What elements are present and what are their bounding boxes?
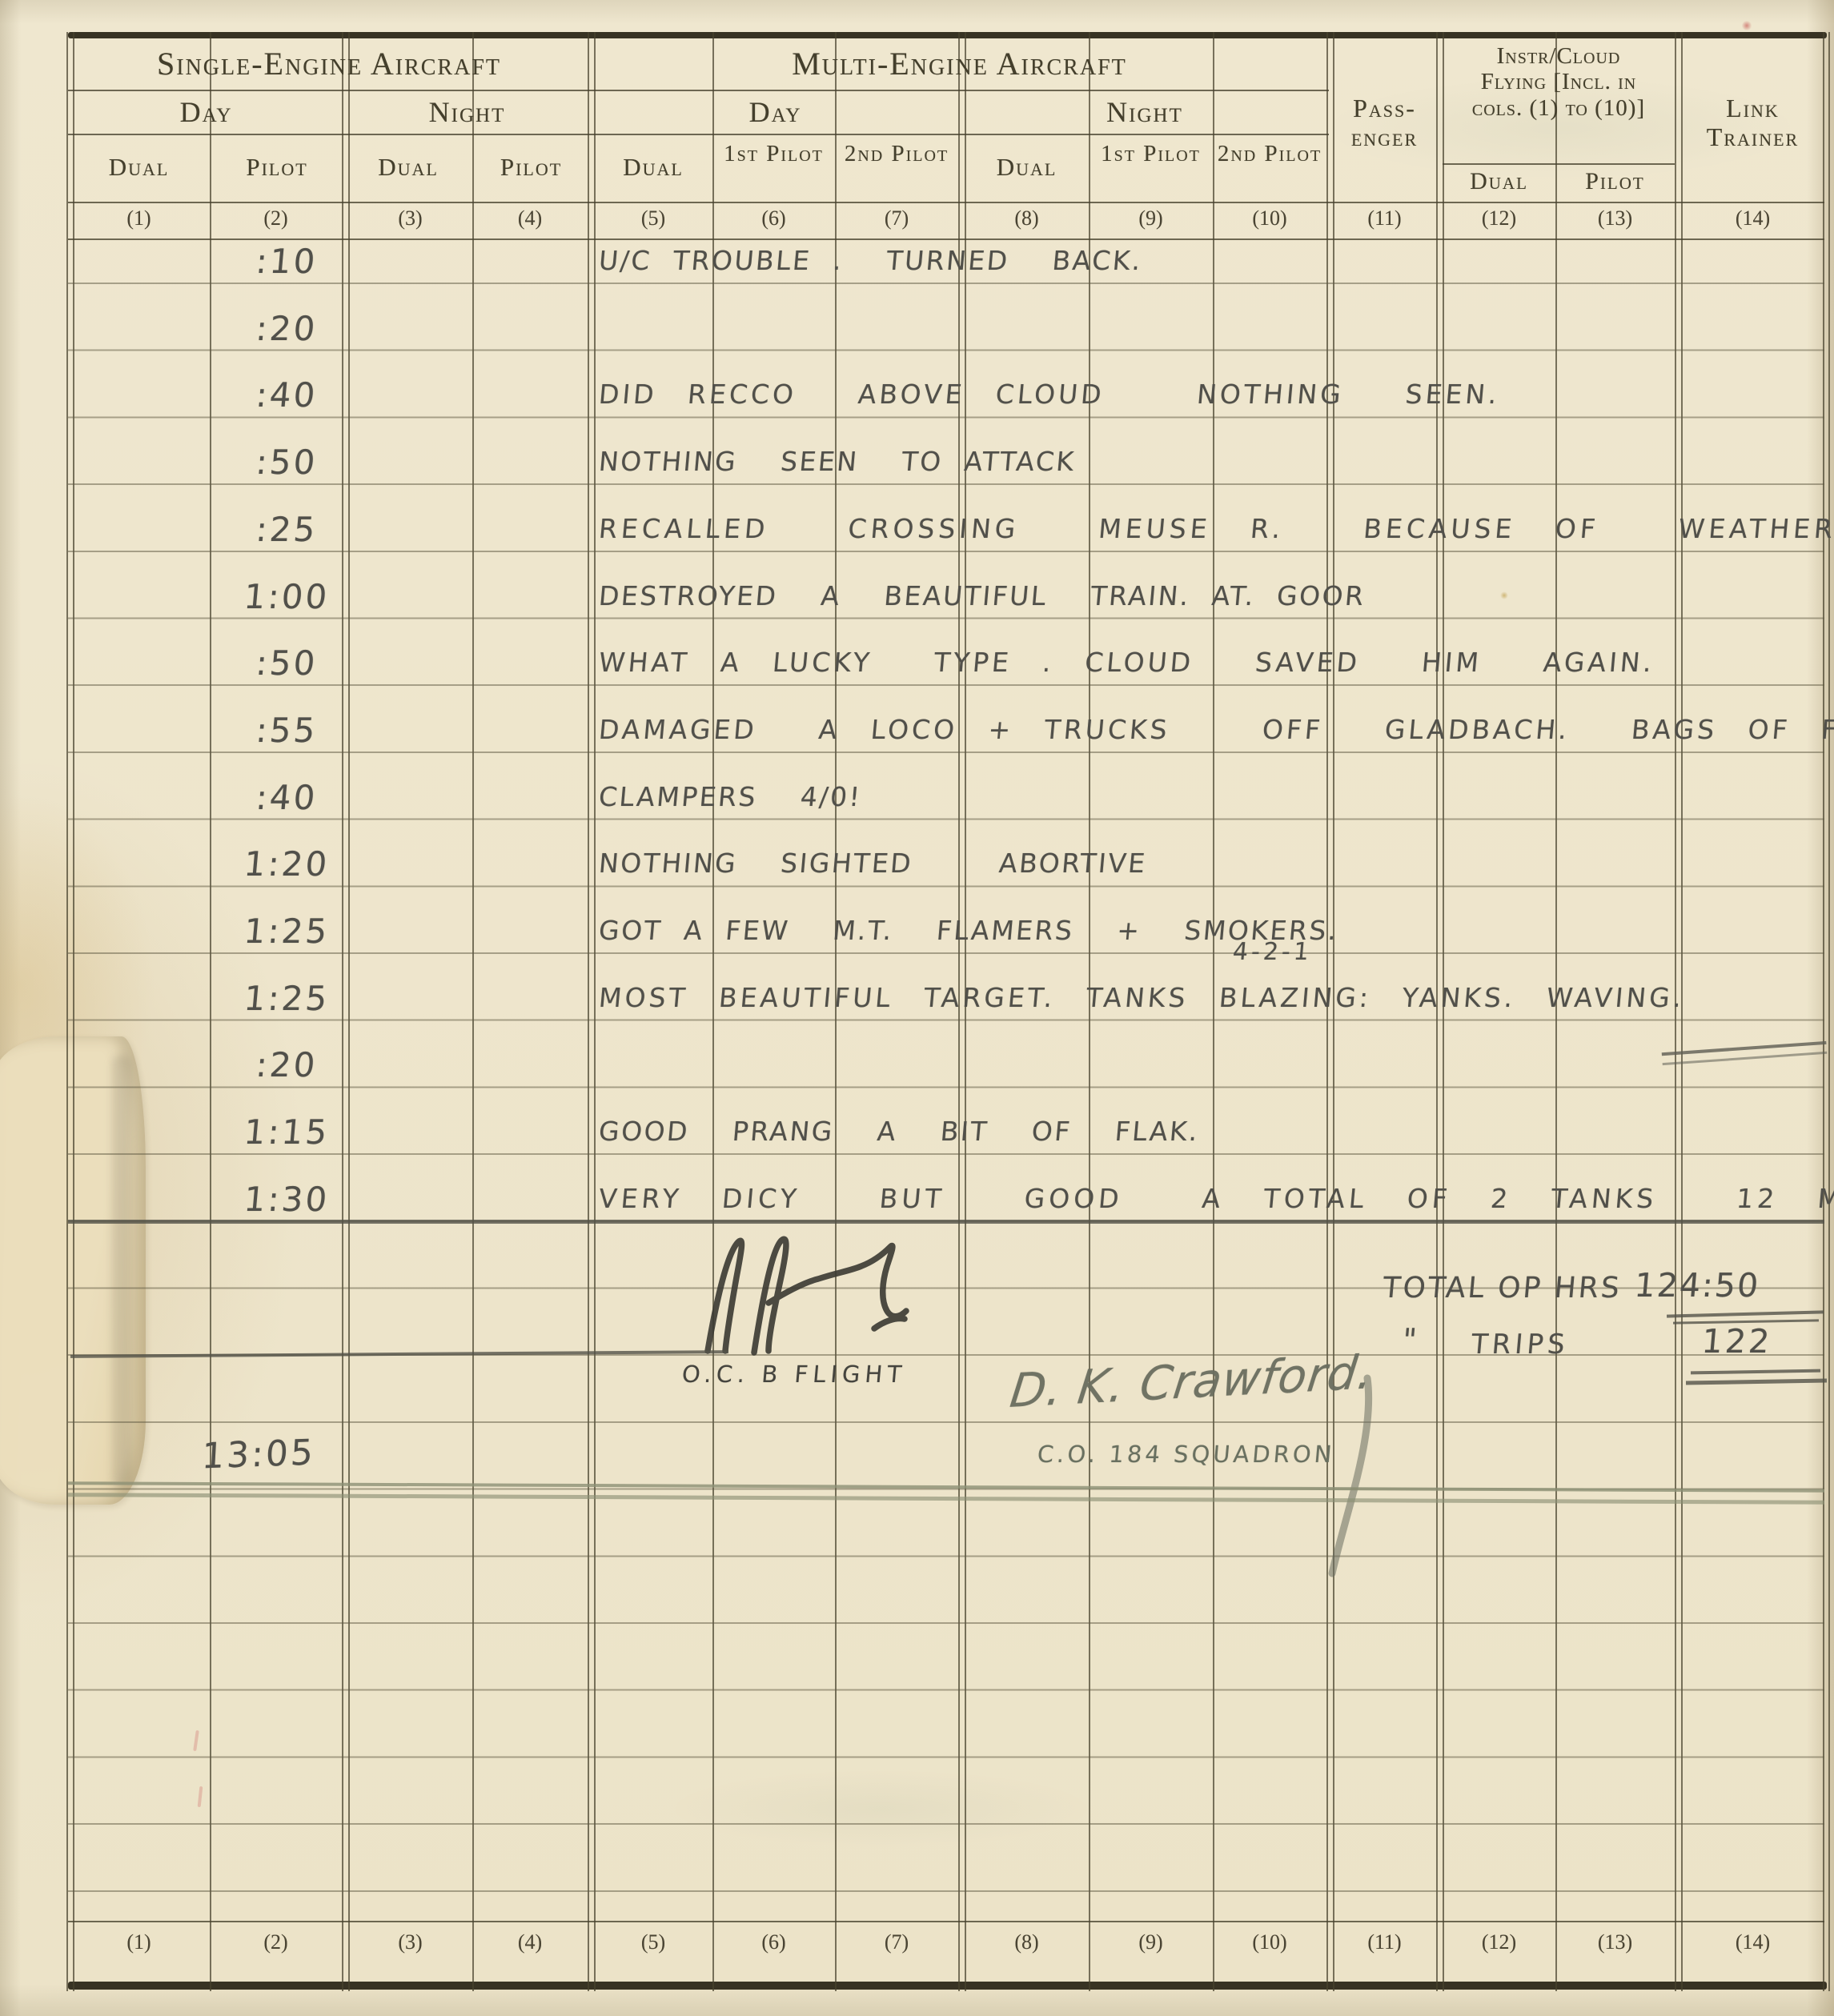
logbook-page: Single-Engine Aircraft Multi-Engine Airc… bbox=[0, 0, 1834, 2016]
flight-commander-label: O.C. B FLIGHT bbox=[681, 1361, 908, 1388]
footer-rule bbox=[68, 1921, 1824, 1922]
link-line2: Trainer bbox=[1707, 122, 1799, 151]
footer-col-number-12: (12) bbox=[1443, 1930, 1555, 1954]
subheader-night-multi: Night bbox=[961, 96, 1329, 128]
footer-col-number-8: (8) bbox=[965, 1930, 1089, 1954]
header-col-number-11: (11) bbox=[1333, 206, 1436, 230]
entry-pilot-time: 1:25 bbox=[213, 911, 361, 952]
passenger-line1: Pass- bbox=[1353, 94, 1416, 122]
link-line1: Link bbox=[1726, 94, 1780, 122]
header-rule-instr bbox=[1443, 163, 1675, 165]
instr-line3: cols. (1) to (10)] bbox=[1472, 95, 1645, 121]
entry-remark: RECALLED CROSSING MEUSE R. BECAUSE OF WE… bbox=[597, 509, 1834, 551]
entry-remark: WHAT A LUCKY TYPE . CLOUD SAVED HIM AGAI… bbox=[597, 643, 1656, 684]
header-rule-below-numbers bbox=[68, 238, 1824, 240]
header-col-number-6: (6) bbox=[712, 206, 835, 230]
entry-pilot-time: :40 bbox=[213, 375, 361, 416]
header-rule-groups bbox=[68, 90, 1329, 91]
colhead-2nd-pilot-7: 2nd Pilot bbox=[835, 141, 958, 166]
subheader-day-single: Day bbox=[68, 96, 344, 128]
header-col-number-3: (3) bbox=[348, 206, 472, 230]
entry-pilot-time: :25 bbox=[213, 509, 361, 551]
colhead-pilot-4: Pilot bbox=[472, 154, 590, 182]
header-col-number-12: (12) bbox=[1443, 206, 1555, 230]
colhead-dual-8: Dual bbox=[965, 154, 1089, 182]
entry-pilot-time: :55 bbox=[213, 710, 361, 751]
passenger-line2: enger bbox=[1351, 122, 1418, 151]
footer-col-number-3: (3) bbox=[348, 1930, 472, 1954]
trips-label: TRIPS bbox=[1470, 1329, 1570, 1361]
entry-pilot-time: :20 bbox=[213, 1044, 361, 1086]
header-col-number-8: (8) bbox=[965, 206, 1089, 230]
colhead-instr-cloud: Instr/CloudFlying [Incl. incols. (1) to … bbox=[1443, 43, 1675, 121]
colhead-passenger: Pass-enger bbox=[1333, 94, 1436, 152]
entry-remark: VERY DICY BUT GOOD A TOTAL OF 2 TANKS 12… bbox=[597, 1179, 1834, 1220]
footer-col-number-5: (5) bbox=[594, 1930, 712, 1954]
header-col-number-14: (14) bbox=[1681, 206, 1824, 230]
footer-col-number-2: (2) bbox=[210, 1930, 342, 1954]
entry-pilot-time: 1:00 bbox=[213, 576, 361, 618]
entry-remark: CLAMPERS 4/0! bbox=[597, 777, 864, 819]
subheader-night-single: Night bbox=[344, 96, 590, 128]
colhead-dual-3: Dual bbox=[344, 154, 472, 182]
header-col-number-7: (7) bbox=[835, 206, 958, 230]
footer-col-number-4: (4) bbox=[472, 1930, 588, 1954]
column-rule-right-inner bbox=[1828, 32, 1830, 1991]
header-col-number-4: (4) bbox=[472, 206, 588, 230]
entry-remark: DESTROYED A BEAUTIFUL TRAIN. AT. GOOR bbox=[597, 576, 1367, 618]
entry-pilot-time: :20 bbox=[213, 308, 361, 350]
entry-pilot-time: :40 bbox=[213, 777, 361, 819]
entry-pilot-time: 1:15 bbox=[213, 1112, 361, 1153]
entry-pilot-time: :50 bbox=[213, 442, 361, 483]
entry-pilot-time: 1:30 bbox=[213, 1179, 361, 1220]
group-title-single-engine: Single-Engine Aircraft bbox=[68, 46, 590, 82]
colhead-dual-5: Dual bbox=[594, 154, 712, 182]
co-squadron-label: C.O. 184 SQUADRON bbox=[1037, 1441, 1336, 1468]
group-title-multi-engine: Multi-Engine Aircraft bbox=[590, 46, 1329, 82]
colhead-link-trainer: LinkTrainer bbox=[1681, 94, 1824, 152]
header-col-number-2: (2) bbox=[210, 206, 342, 230]
entry-pilot-time: :50 bbox=[213, 643, 361, 684]
header-col-number-1: (1) bbox=[68, 206, 210, 230]
table-bottom-border bbox=[68, 1982, 1827, 1990]
pilot-column-total: 13:05 bbox=[174, 1431, 344, 1477]
colhead-2nd-pilot-10: 2nd Pilot bbox=[1213, 141, 1326, 166]
entry-remark: MOST BEAUTIFUL TARGET. TANKS BLAZING: YA… bbox=[597, 978, 1687, 1020]
footer-col-number-10: (10) bbox=[1213, 1930, 1326, 1954]
total-op-hours-row: TOTAL OP HRS 124:50 bbox=[1382, 1263, 1762, 1305]
colhead-instr-dual: Dual bbox=[1443, 168, 1555, 195]
table-top-border bbox=[68, 32, 1827, 38]
entry-remark: NOTHING SEEN TO ATTACK bbox=[597, 442, 1078, 483]
entry-remark: GOOD PRANG A BIT OF FLAK. bbox=[597, 1112, 1202, 1153]
footer-col-number-13: (13) bbox=[1555, 1930, 1675, 1954]
summing-pencil-line bbox=[68, 1220, 1824, 1224]
colhead-instr-pilot: Pilot bbox=[1555, 168, 1675, 195]
header-col-number-9: (9) bbox=[1089, 206, 1213, 230]
entry-remark: DAMAGED A LOCO + TRUCKS OFF GLADBACH. BA… bbox=[597, 710, 1834, 751]
entry-pilot-time: 1:25 bbox=[213, 978, 361, 1020]
colhead-1st-pilot-6: 1st Pilot bbox=[712, 141, 835, 166]
instr-line2: Flying [Incl. in bbox=[1481, 69, 1637, 94]
trips-value: 122 bbox=[1700, 1322, 1773, 1361]
entry-pilot-time: 1:20 bbox=[213, 844, 361, 885]
total-op-hours-label: TOTAL OP HRS bbox=[1382, 1272, 1623, 1305]
entry-pilot-time: :10 bbox=[213, 241, 361, 283]
colhead-dual-1: Dual bbox=[68, 154, 210, 182]
header-rule-daynight bbox=[68, 134, 1329, 135]
header-col-number-10: (10) bbox=[1213, 206, 1326, 230]
entry-remark: NOTHING SIGHTED ABORTIVE bbox=[597, 844, 1149, 885]
entry-remark: DID RECCO ABOVE CLOUD NOTHING SEEN. bbox=[597, 375, 1502, 416]
header-col-number-5: (5) bbox=[594, 206, 712, 230]
signature-oc-b-flight bbox=[685, 1231, 949, 1367]
entry-remark: U/C TROUBLE . TURNED BACK. bbox=[597, 241, 1144, 283]
colhead-1st-pilot-9: 1st Pilot bbox=[1089, 141, 1213, 166]
footer-col-number-1: (1) bbox=[68, 1930, 210, 1954]
signature-tail-stroke bbox=[1310, 1372, 1390, 1584]
instr-line1: Instr/Cloud bbox=[1497, 43, 1621, 69]
claims-annotation: 4-2-1 bbox=[1231, 938, 1313, 966]
footer-col-number-9: (9) bbox=[1089, 1930, 1213, 1954]
subheader-day-multi: Day bbox=[590, 96, 961, 128]
header-rule-above-numbers bbox=[68, 202, 1824, 203]
footer-col-number-11: (11) bbox=[1333, 1930, 1436, 1954]
colhead-pilot-2: Pilot bbox=[210, 154, 344, 182]
footer-col-number-6: (6) bbox=[712, 1930, 835, 1954]
footer-col-number-7: (7) bbox=[835, 1930, 958, 1954]
entry-remark: GOT A FEW M.T. FLAMERS + SMOKERS. bbox=[597, 911, 1340, 952]
total-op-hours-value: 124:50 bbox=[1633, 1266, 1761, 1305]
header-col-number-13: (13) bbox=[1555, 206, 1675, 230]
footer-col-number-14: (14) bbox=[1681, 1930, 1824, 1954]
